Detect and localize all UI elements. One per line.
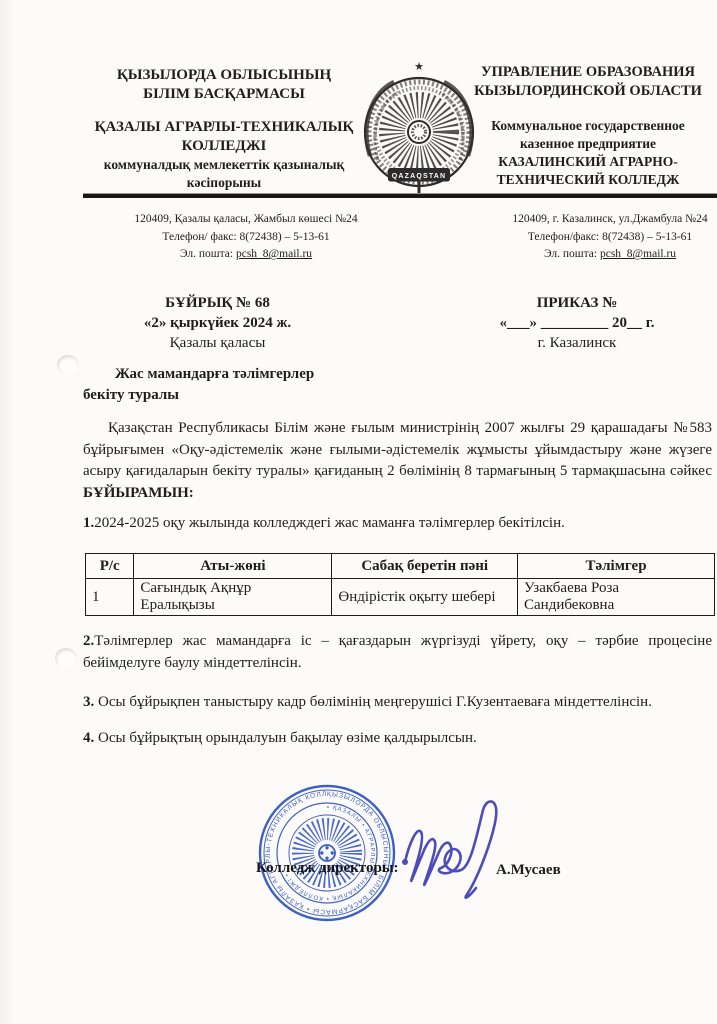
item-text: 2024-2025 оқу жылында колледждегі жас ма… (94, 515, 565, 531)
cell-index: 1 (86, 579, 134, 616)
order-item-2: 2.Тәлімгерлер жас мамандарға іс – қағазд… (83, 631, 712, 674)
item-number: 1. (83, 515, 94, 531)
letterhead-org-russian: УПРАВЛЕНИЕ ОБРАЗОВАНИЯ КЫЗЫЛОРДИНСКОЙ ОБ… (462, 63, 714, 189)
item-number: 4. (83, 730, 94, 746)
table-header-row: Р/с Аты-жөні Сабақ беретін пәні Тәлімгер (86, 554, 715, 579)
subject-line: Жас мамандарға тәлімгерлер (83, 364, 383, 385)
order-city: Қазалы қаласы (115, 333, 320, 353)
column-header: Аты-жөні (134, 554, 332, 579)
order-heading-kazakh: БҰЙРЫҚ № 68 «2» қыркүйек 2024 ж. Қазалы … (115, 293, 320, 353)
hole-punch-artifact (57, 355, 79, 375)
letterhead-org-kazakh: ҚЫЗЫЛОРДА ОБЛЫСЫНЫҢ БІЛІМ БАСҚАРМАСЫ ҚАЗ… (78, 66, 370, 192)
email-address: pcsh_8@mail.ru (600, 248, 676, 260)
org-type-line: кәсіпорыны (78, 174, 370, 192)
order-item-3: 3. Осы бұйрықпен таныстыру кадр бөліміні… (83, 692, 712, 714)
column-header: Тәлімгер (518, 554, 715, 579)
email-line: Эл. пошта: pcsh_8@mail.ru (96, 246, 396, 264)
order-preamble: Қазақстан Республикасы Білім және ғылым … (83, 418, 712, 504)
star-icon: ★ (414, 61, 424, 73)
item-text: Тәлімгерлер жас мамандарға іс – қағаздар… (83, 633, 712, 671)
org-name-line: КОЛЛЕДЖІ (78, 137, 370, 156)
order-city: г. Казалинск (492, 333, 662, 353)
cell-name: Сағындық Ақнұр Ералықызы (134, 579, 332, 616)
order-number: БҰЙРЫҚ № 68 (115, 293, 320, 313)
order-date: «2» қыркүйек 2024 ж. (115, 313, 320, 333)
org-name-line: ҚАЗАЛЫ АГРАРЛЫ-ТЕХНИКАЛЫҚ (78, 118, 370, 137)
directive-word: БҰЙЫРАМЫН: (83, 485, 194, 501)
org-name-line: БІЛІМ БАСҚАРМАСЫ (78, 85, 370, 104)
contact-block-kazakh: 120409, Қазалы қаласы, Жамбыл көшесі №24… (96, 211, 396, 264)
subject-line: бекіту туралы (83, 385, 383, 406)
column-header: Р/с (86, 554, 134, 579)
order-item-4: 4. Осы бұйрықтың орындалуын бақылау өзім… (83, 728, 712, 750)
email-label: Эл. пошта: (180, 248, 236, 260)
phone-line: Телефон/факс: 8(72438) – 5-13-61 (503, 229, 717, 247)
email-address: pcsh_8@mail.ru (236, 248, 312, 260)
phone-line: Телефон/ факс: 8(72438) – 5-13-61 (96, 229, 396, 247)
email-line: Эл. пошта: pcsh_8@mail.ru (503, 246, 717, 264)
item-text: Осы бұйрықтың орындалуын бақылау өзіме қ… (94, 730, 477, 746)
order-date: «___» _________ 20__ г. (492, 313, 662, 333)
org-name-line: КАЗАЛИНСКИЙ АГРАРНО- (462, 153, 714, 171)
hole-punch-artifact (55, 648, 77, 668)
order-number: ПРИКАЗ № (492, 293, 662, 313)
mentor-assignment-table: Р/с Аты-жөні Сабақ беретін пәні Тәлімгер… (85, 553, 715, 616)
item-number: 3. (83, 694, 94, 710)
org-name-line: ТЕХНИЧЕСКИЙ КОЛЛЕДЖ (462, 171, 714, 189)
email-label: Эл. пошта: (544, 248, 600, 260)
column-header: Сабақ беретін пәні (332, 554, 518, 579)
org-name-line: КЫЗЫЛОРДИНСКОЙ ОБЛАСТИ (462, 82, 714, 101)
table-row: 1 Сағындық Ақнұр Ералықызы Өндірістік оқ… (86, 579, 715, 616)
emblem-banner-text: QAZAQSTAN (392, 173, 447, 180)
order-item-1: 1.2024-2025 оқу жылында колледждегі жас … (83, 513, 712, 535)
cell-subject: Өндірістік оқыту шебері (332, 579, 518, 616)
scanned-order-document: ҚЫЗЫЛОРДА ОБЛЫСЫНЫҢ БІЛІМ БАСҚАРМАСЫ ҚАЗ… (0, 0, 717, 1024)
order-heading-russian: ПРИКАЗ № «___» _________ 20__ г. г. Каза… (492, 293, 662, 353)
order-subject: Жас мамандарға тәлімгерлер бекіту туралы (83, 364, 383, 406)
org-name-line: ҚЫЗЫЛОРДА ОБЛЫСЫНЫҢ (78, 66, 370, 85)
org-name-line: УПРАВЛЕНИЕ ОБРАЗОВАНИЯ (462, 63, 714, 82)
handwritten-signature (398, 796, 508, 931)
address-line: 120409, Қазалы қаласы, Жамбыл көшесі №24 (96, 211, 396, 229)
org-type-line: казенное предприятие (462, 135, 714, 153)
item-number: 2. (83, 633, 94, 649)
org-type-line: коммуналдық мемлекеттік қазыналық (78, 156, 370, 174)
cell-mentor: Узакбаева Роза Сандибековна (518, 579, 715, 616)
letterhead-divider-rule (83, 193, 717, 198)
item-text: Осы бұйрықпен таныстыру кадр бөлімінің м… (94, 694, 652, 710)
round-official-stamp: ҚЫЗЫЛОРДА ОБЛЫСЫНЫҢ БІЛІМ БАСҚАРМАСЫ • Қ… (257, 783, 397, 923)
contact-block-russian: 120409, г. Казалинск, ул.Джамбула №24 Те… (503, 211, 717, 264)
org-type-line: Коммунальное государственное (462, 117, 714, 135)
preamble-text: Қазақстан Республикасы Білім және ғылым … (83, 420, 712, 479)
address-line: 120409, г. Казалинск, ул.Джамбула №24 (503, 211, 717, 229)
director-title-label: Колледж директоры: (256, 860, 399, 877)
